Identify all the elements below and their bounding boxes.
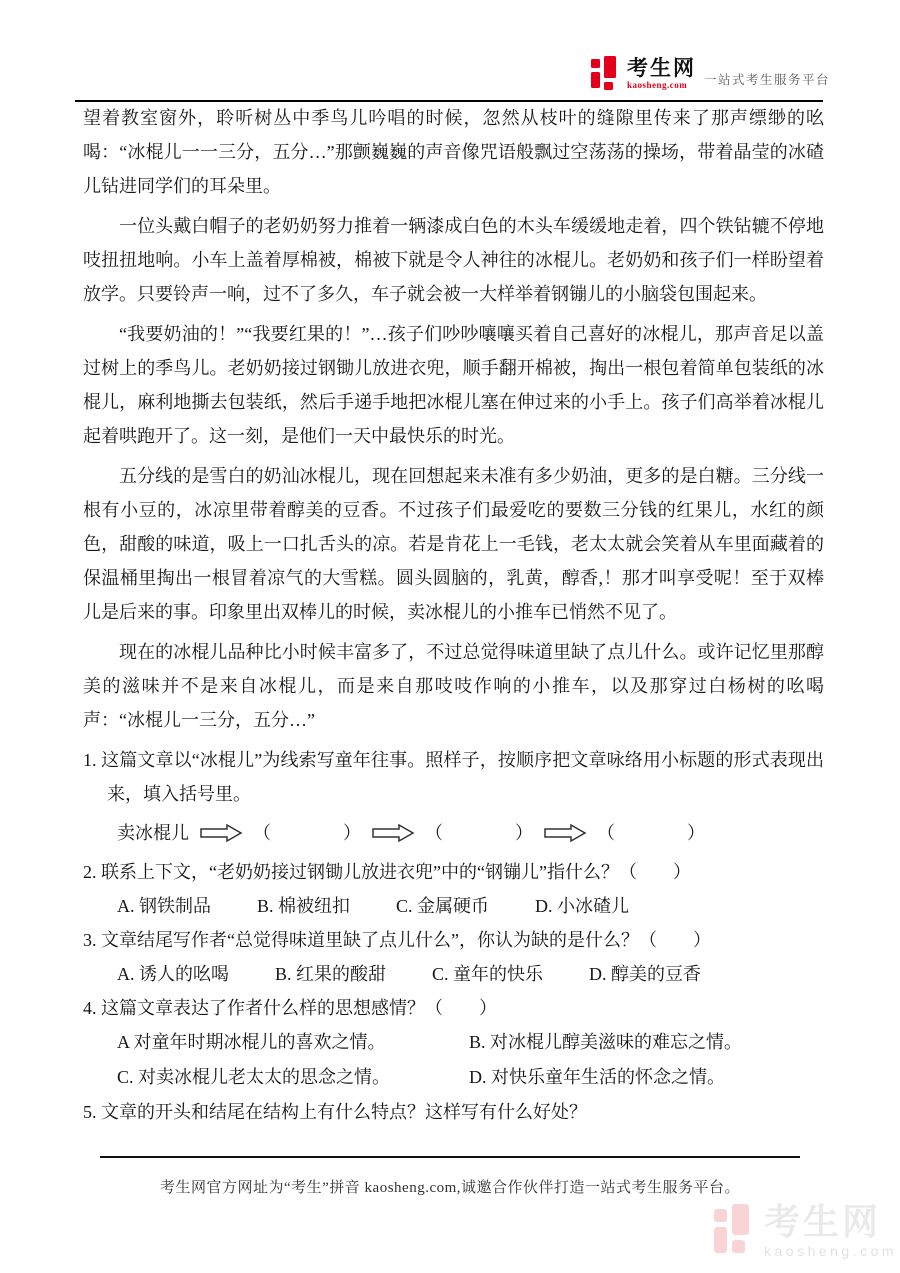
flow-arrow-icon: [199, 823, 243, 843]
watermark: 考生网 kaosheng.com: [714, 1204, 897, 1258]
question-2: 2. 联系上下文，“老奶奶接过钢锄儿放进衣兜”中的“钢镚儿”指什么？（ ）: [83, 855, 824, 889]
reading-passage: 望着教室窗外，聆听树丛中季鸟儿吟唱的时候，忽然从枝叶的缝隙里传来了那声缥缈的吆喝…: [83, 101, 824, 737]
footer-note: 考生网官方网址为“考生”拼音 kaosheng.com,诚邀合作伙伴打造一站式考…: [0, 1176, 900, 1197]
flow-blank-1: （ ）: [253, 816, 361, 850]
question-2-options: A. 钢铁制品 B. 棉被纽扣 C. 金属硬币 D. 小冰碴儿: [117, 889, 824, 923]
exam-page: 考生网 kaosheng.com 一站式考生服务平台 望着教室窗外，聆听树丛中季…: [0, 0, 900, 1273]
passage-paragraph: 五分线的是雪白的奶汕冰棍儿，现在回想起来未准有多少奶油，更多的是白糖。三分线一根…: [83, 459, 824, 629]
kaosheng-watermark-icon: [714, 1204, 752, 1256]
logo-text: 考生网 kaosheng.com: [627, 58, 696, 90]
site-header: 考生网 kaosheng.com 一站式考生服务平台: [591, 56, 830, 90]
flow-arrow-icon: [371, 823, 415, 843]
option-c: C. 童年的快乐: [432, 957, 543, 991]
option-c: C. 对卖冰棍儿老太太的思念之情。: [117, 1060, 469, 1095]
question-4: 4. 这篇文章表达了作者什么样的思想感情？（ ）: [83, 991, 824, 1025]
passage-paragraph: 现在的冰棍儿品种比小时候丰富多了，不过总觉得味道里缺了点儿什么。或许记忆里那醇美…: [83, 635, 824, 737]
flow-start-label: 卖冰棍儿: [117, 816, 189, 850]
option-d: D. 醇美的豆香: [589, 957, 701, 991]
option-a: A 对童年时期冰棍儿的喜欢之情。: [117, 1025, 469, 1060]
kaosheng-logo-icon: [591, 56, 619, 90]
option-d: D. 小冰碴儿: [535, 889, 629, 923]
question-3-options: A. 诱人的吆喝 B. 红果的酸甜 C. 童年的快乐 D. 醇美的豆香: [117, 957, 824, 991]
question-3: 3. 文章结尾写作者“总觉得味道里缺了点儿什么”，你认为缺的是什么？（ ）: [83, 923, 824, 957]
question-list: 1. 这篇文章以“冰棍儿”为线索写童年往事。照样子，按顺序把文章咏络用小标题的形…: [83, 743, 824, 1129]
flow-blank-3: （ ）: [597, 816, 705, 850]
option-d: D. 对快乐童年生活的怀念之情。: [469, 1060, 824, 1095]
question-4-options: A 对童年时期冰棍儿的喜欢之情。 B. 对冰棍儿醇美滋味的难忘之情。 C. 对卖…: [117, 1025, 824, 1095]
question-5: 5. 文章的开头和结尾在结构上有什么特点？这样写有什么好处？: [83, 1095, 824, 1129]
footer-divider: [100, 1156, 800, 1158]
option-a: A. 钢铁制品: [117, 889, 211, 923]
watermark-text: 考生网 kaosheng.com: [764, 1204, 897, 1258]
passage-paragraph: 望着教室窗外，聆听树丛中季鸟儿吟唱的时候，忽然从枝叶的缝隙里传来了那声缥缈的吆喝…: [83, 101, 824, 203]
passage-paragraph: 一位头戴白帽子的老奶奶努力推着一辆漆成白色的木头车缓缓地走着，四个铁钻辘不停地吱…: [83, 209, 824, 311]
brand-domain: kaosheng.com: [627, 81, 696, 90]
option-c: C. 金属硬币: [396, 889, 489, 923]
flow-arrow-icon: [543, 823, 587, 843]
option-b: B. 棉被纽扣: [257, 889, 350, 923]
brand-tagline: 一站式考生服务平台: [704, 70, 830, 90]
watermark-brand: 考生网: [764, 1204, 897, 1240]
brand-name: 考生网: [627, 58, 696, 79]
option-b: B. 红果的酸甜: [275, 957, 386, 991]
watermark-domain: kaosheng.com: [764, 1244, 897, 1258]
passage-paragraph: “我要奶油的！”“我要红果的！”…孩子们吵吵嚷嚷买着自己喜好的冰棍儿，那声音足以…: [83, 317, 824, 453]
flow-blank-2: （ ）: [425, 816, 533, 850]
document-content: 望着教室窗外，聆听树丛中季鸟儿吟唱的时候，忽然从枝叶的缝隙里传来了那声缥缈的吆喝…: [83, 101, 824, 1129]
option-b: B. 对冰棍儿醇美滋味的难忘之情。: [469, 1025, 824, 1060]
question-1-flow: 卖冰棍儿 （ ） （ ） （ ）: [117, 814, 824, 852]
question-1: 1. 这篇文章以“冰棍儿”为线索写童年往事。照样子，按顺序把文章咏络用小标题的形…: [83, 743, 824, 811]
option-a: A. 诱人的吆喝: [117, 957, 229, 991]
